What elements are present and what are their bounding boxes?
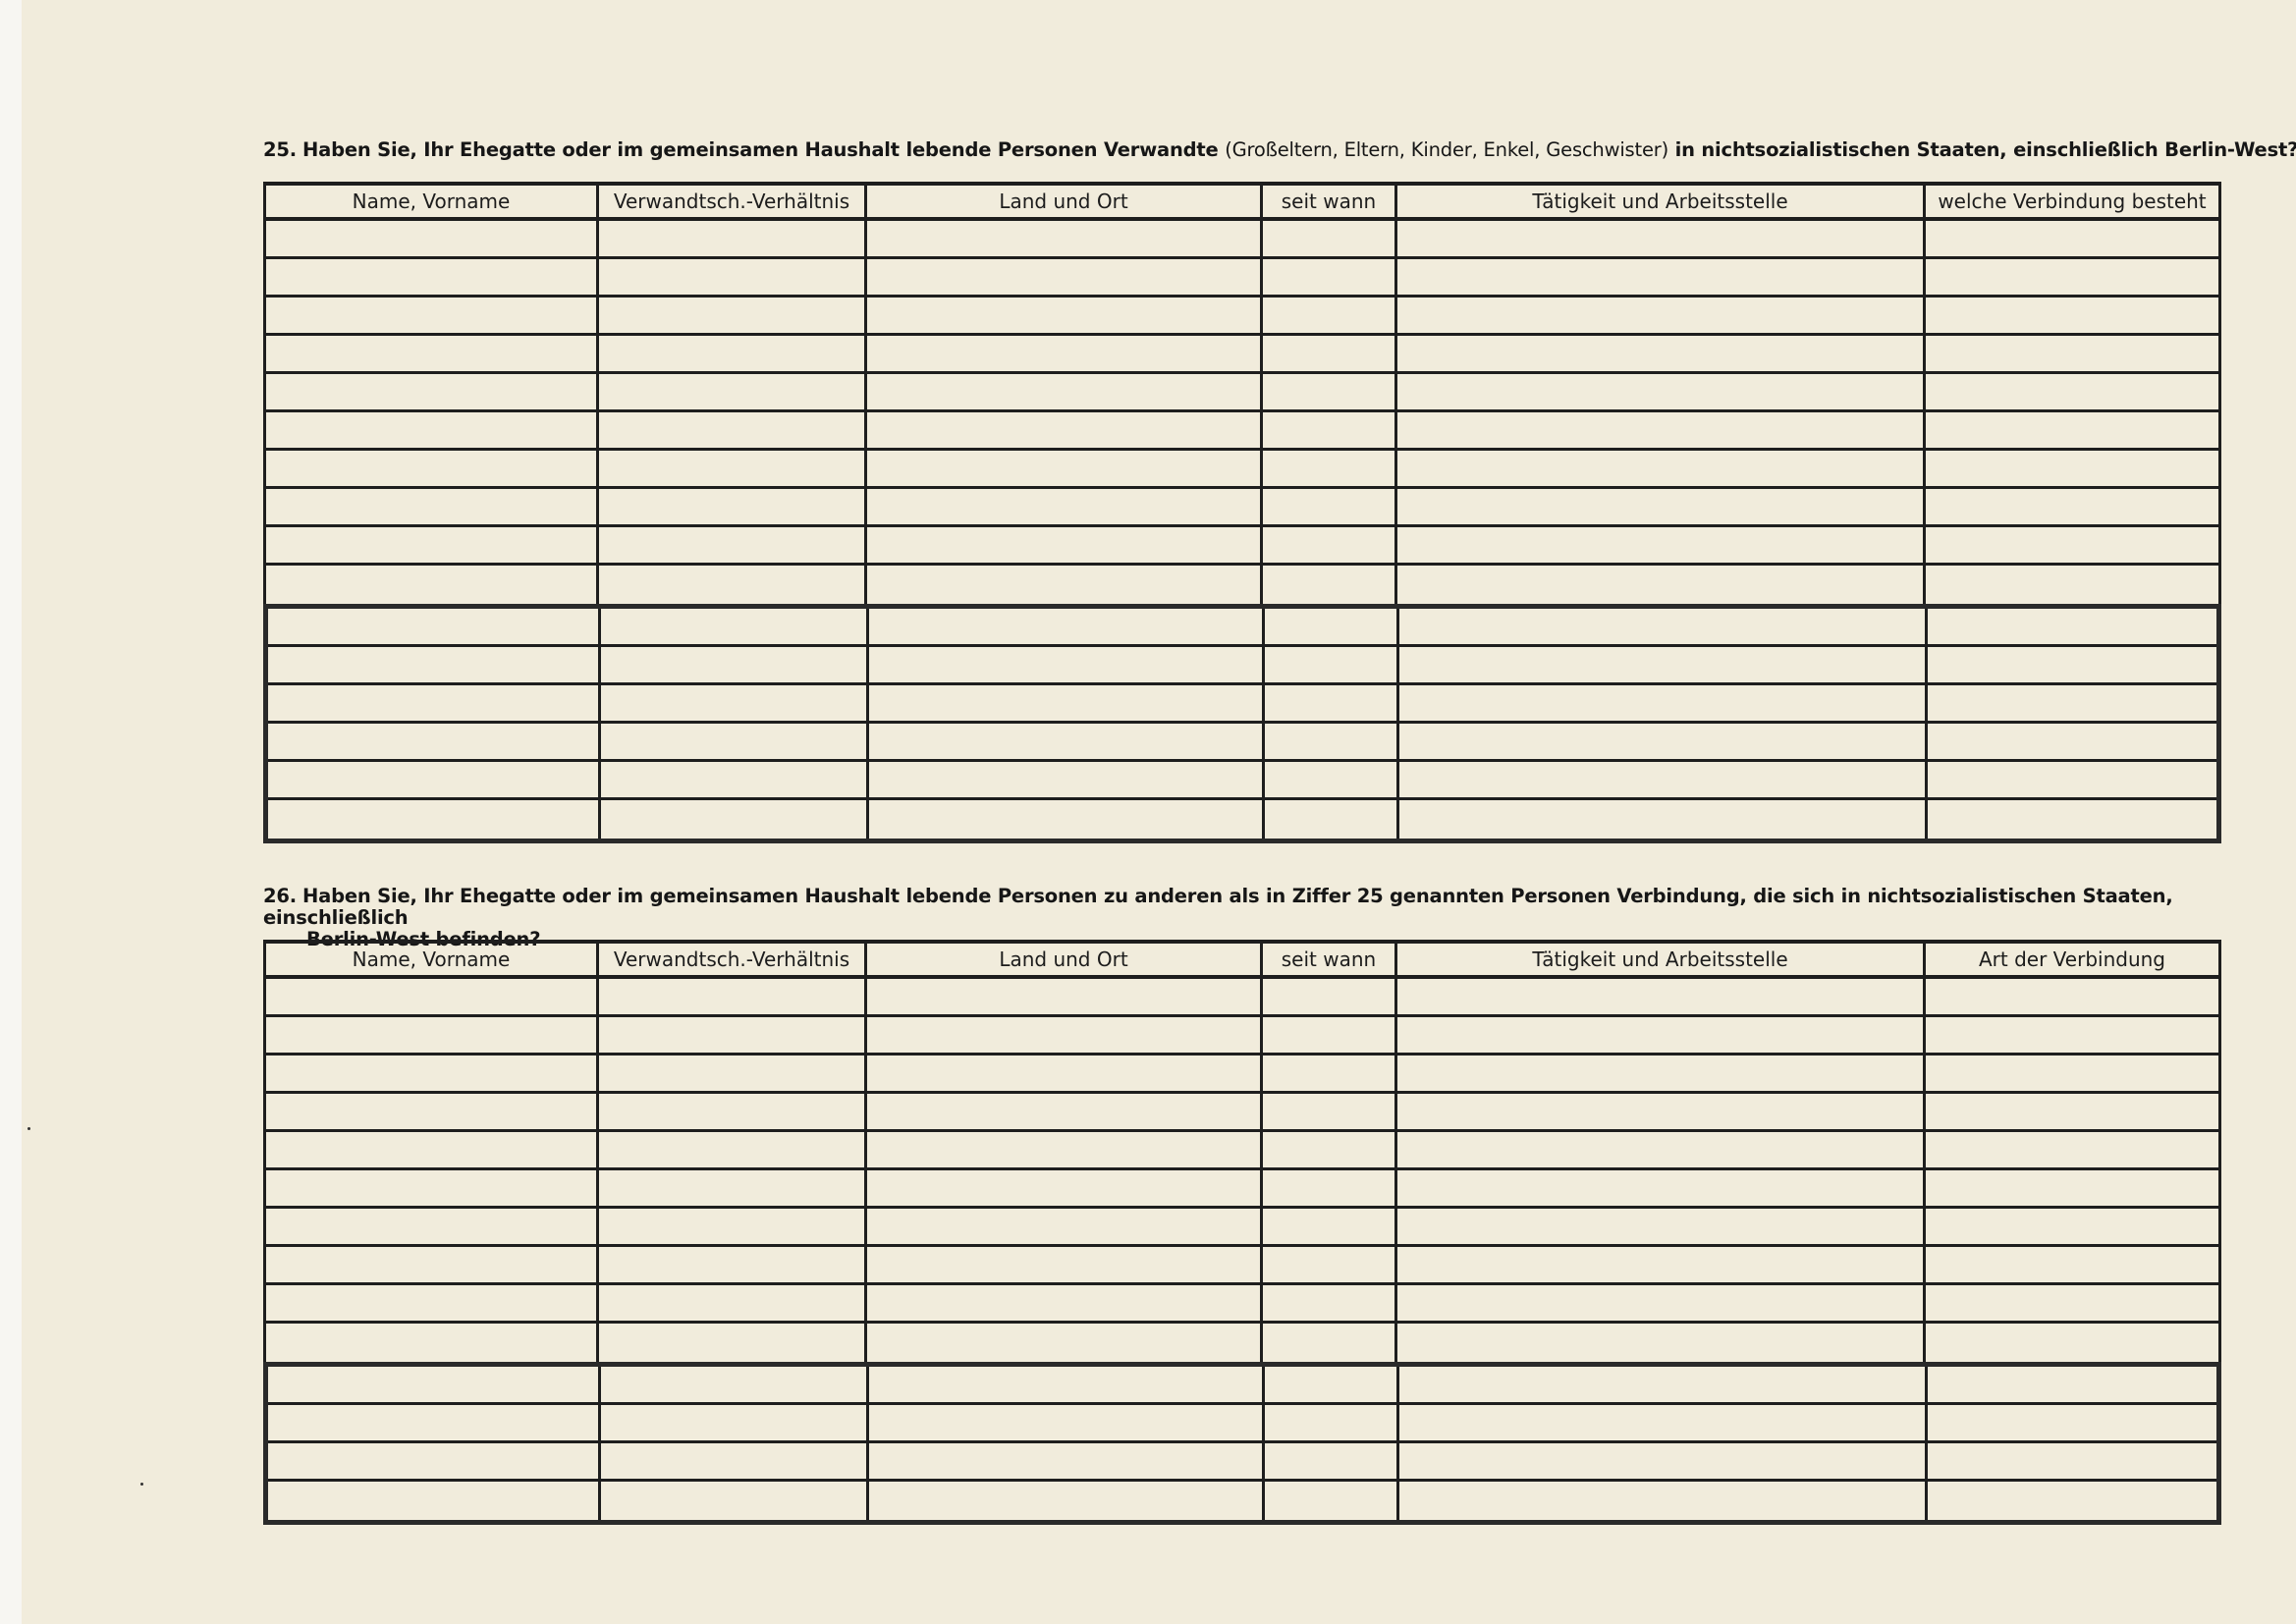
entry-field-relationship[interactable] [599,1247,867,1282]
entry-field-since[interactable] [1265,800,1399,839]
question-text-end: in nichtsozialistischen Staaten, einschl… [1675,138,2296,161]
entry-field-name[interactable] [266,451,599,486]
question-parenthetical: (Großeltern, Eltern, Kinder, Enkel, Gesc… [1225,138,1668,161]
entry-field-relationship[interactable] [599,1285,867,1321]
entry-field-connection[interactable] [1928,1443,2216,1479]
entry-field-connection[interactable] [1926,336,2218,371]
entry-field-country-place[interactable] [867,489,1263,524]
entry-field-occupation[interactable] [1397,1209,1926,1244]
entry-field-name[interactable] [268,724,601,759]
entry-field-name[interactable] [266,374,599,409]
entry-field-since[interactable] [1263,451,1397,486]
entry-field-connection[interactable] [1926,1324,2218,1362]
entry-field-since[interactable] [1265,724,1399,759]
column-header-country-place: Land und Ort [867,186,1263,217]
entry-field-connection[interactable] [1926,298,2218,333]
entry-field-name[interactable] [268,800,601,839]
entry-field-name[interactable] [268,1482,601,1520]
entry-field-occupation[interactable] [1397,1132,1926,1167]
entry-field-country-place[interactable] [869,762,1265,797]
entry-field-country-place[interactable] [867,1017,1263,1053]
entry-field-connection[interactable] [1926,1056,2218,1091]
entry-field-name[interactable] [266,412,599,448]
entry-field-country-place[interactable] [867,1056,1263,1091]
entry-field-occupation[interactable] [1397,412,1926,448]
entry-field-occupation[interactable] [1397,221,1926,256]
scan-speck [27,1127,30,1130]
entry-field-relationship[interactable] [599,374,867,409]
entry-field-name[interactable] [266,1285,599,1321]
table-row [268,609,2216,647]
table-row [268,1367,2216,1405]
entry-field-name[interactable] [266,298,599,333]
entry-field-country-place[interactable] [867,1094,1263,1129]
entry-field-relationship[interactable] [601,1405,869,1440]
entry-field-connection[interactable] [1926,979,2218,1014]
entry-field-occupation[interactable] [1399,1367,1928,1402]
entry-field-relationship[interactable] [599,412,867,448]
entry-field-occupation[interactable] [1397,1056,1926,1091]
entry-field-relationship[interactable] [599,566,867,604]
entry-field-since[interactable] [1265,1482,1399,1520]
entry-field-name[interactable] [268,685,601,721]
entry-field-occupation[interactable] [1399,609,1928,644]
entry-field-country-place[interactable] [869,800,1265,839]
entry-field-occupation[interactable] [1399,762,1928,797]
table-row [268,724,2216,762]
entry-field-since[interactable] [1265,1443,1399,1479]
entry-field-occupation[interactable] [1397,979,1926,1014]
entry-field-occupation[interactable] [1397,1170,1926,1206]
entry-field-name[interactable] [268,1367,601,1402]
entry-field-occupation[interactable] [1397,298,1926,333]
entry-field-country-place[interactable] [867,298,1263,333]
entry-field-since[interactable] [1265,762,1399,797]
entry-field-connection[interactable] [1926,1132,2218,1167]
entry-field-occupation[interactable] [1399,800,1928,839]
column-header-relationship: Verwandtsch.-Verhältnis [599,944,867,975]
entry-field-since[interactable] [1263,1132,1397,1167]
entry-field-occupation[interactable] [1397,1017,1926,1053]
entry-field-name[interactable] [266,1094,599,1129]
entry-field-country-place[interactable] [867,566,1263,604]
entry-block-2 [263,1362,2221,1525]
entry-field-occupation[interactable] [1397,1247,1926,1282]
entry-field-occupation[interactable] [1397,1094,1926,1129]
entry-field-since[interactable] [1263,259,1397,295]
entry-field-connection[interactable] [1926,1285,2218,1321]
entry-field-connection[interactable] [1926,451,2218,486]
entry-field-occupation[interactable] [1397,527,1926,563]
entry-field-since[interactable] [1263,221,1397,256]
entry-field-connection[interactable] [1926,527,2218,563]
table-row [266,566,2218,604]
entry-field-name[interactable] [268,647,601,682]
entry-field-occupation[interactable] [1399,1405,1928,1440]
entry-field-country-place[interactable] [867,1209,1263,1244]
column-header-connection-type: Art der Verbindung [1926,944,2218,975]
entry-field-occupation[interactable] [1397,259,1926,295]
entry-field-country-place[interactable] [869,1443,1265,1479]
table-row [268,1405,2216,1443]
entry-field-relationship[interactable] [599,1170,867,1206]
entry-field-country-place[interactable] [869,1367,1265,1402]
table-row [268,800,2216,839]
column-header-name: Name, Vorname [266,944,599,975]
entry-field-country-place[interactable] [867,412,1263,448]
entry-field-connection[interactable] [1926,566,2218,604]
table-header: Name, Vorname Verwandtsch.-Verhältnis La… [263,940,2221,979]
entry-field-since[interactable] [1265,1405,1399,1440]
entry-field-connection[interactable] [1926,1094,2218,1129]
entry-field-occupation[interactable] [1399,724,1928,759]
entry-field-relationship[interactable] [601,1443,869,1479]
entry-field-name[interactable] [266,1132,599,1167]
entry-field-since[interactable] [1263,1094,1397,1129]
entry-field-name[interactable] [266,527,599,563]
entry-field-name[interactable] [266,1056,599,1091]
entry-field-name[interactable] [266,1017,599,1053]
entry-field-relationship[interactable] [599,451,867,486]
table-row [266,259,2218,298]
entry-field-connection[interactable] [1926,1170,2218,1206]
entry-field-occupation[interactable] [1397,1285,1926,1321]
entry-field-relationship[interactable] [601,1367,869,1402]
entry-field-since[interactable] [1263,1017,1397,1053]
entry-field-relationship[interactable] [601,762,869,797]
table-row [266,1017,2218,1056]
entry-field-country-place[interactable] [869,1405,1265,1440]
entry-field-name[interactable] [268,762,601,797]
entry-field-relationship[interactable] [599,1132,867,1167]
table-row [266,1094,2218,1132]
entry-field-connection[interactable] [1928,724,2216,759]
entry-field-country-place[interactable] [869,647,1265,682]
entry-field-relationship[interactable] [599,259,867,295]
entry-field-name[interactable] [266,979,599,1014]
entry-field-since[interactable] [1263,1247,1397,1282]
entry-field-since[interactable] [1265,685,1399,721]
scan-margin [0,0,22,1624]
column-header-since: seit wann [1263,944,1397,975]
entry-field-relationship[interactable] [599,1324,867,1362]
entry-field-since[interactable] [1263,1285,1397,1321]
entry-field-country-place[interactable] [867,1247,1263,1282]
entry-field-relationship[interactable] [601,647,869,682]
table-row [266,1285,2218,1324]
entry-field-name[interactable] [266,221,599,256]
table-row [266,1132,2218,1170]
entry-field-relationship[interactable] [601,800,869,839]
entry-field-relationship[interactable] [599,336,867,371]
entry-field-relationship[interactable] [599,1209,867,1244]
contacts-table: Name, Vorname Verwandtsch.-Verhältnis La… [263,940,2221,1525]
entry-block-1 [263,221,2221,604]
question-number: 26. [263,886,302,907]
entry-field-country-place[interactable] [867,979,1263,1014]
entry-field-connection[interactable] [1928,609,2216,644]
entry-field-since[interactable] [1263,1324,1397,1362]
entry-field-country-place[interactable] [867,221,1263,256]
entry-field-country-place[interactable] [867,451,1263,486]
entry-field-occupation[interactable] [1399,685,1928,721]
entry-field-country-place[interactable] [867,259,1263,295]
entry-field-occupation[interactable] [1397,374,1926,409]
entry-field-occupation[interactable] [1399,1482,1928,1520]
table-row [268,685,2216,724]
entry-field-country-place[interactable] [867,527,1263,563]
entry-field-country-place[interactable] [869,1482,1265,1520]
entry-field-connection[interactable] [1928,800,2216,839]
entry-field-name[interactable] [266,1247,599,1282]
entry-field-relationship[interactable] [599,1056,867,1091]
table-row [266,1209,2218,1247]
entry-field-connection[interactable] [1928,1405,2216,1440]
entry-field-since[interactable] [1263,1170,1397,1206]
table-row [268,762,2216,800]
table-row [266,451,2218,489]
entry-field-since[interactable] [1263,527,1397,563]
entry-field-name[interactable] [266,1209,599,1244]
entry-field-connection[interactable] [1926,412,2218,448]
entry-field-name[interactable] [266,1324,599,1362]
entry-field-relationship[interactable] [599,489,867,524]
column-header-occupation: Tätigkeit und Arbeitsstelle [1397,944,1926,975]
entry-field-occupation[interactable] [1399,647,1928,682]
entry-field-relationship[interactable] [599,221,867,256]
table-row [266,412,2218,451]
entry-block-2 [263,604,2221,843]
entry-field-relationship[interactable] [599,1017,867,1053]
column-header-connection: welche Verbindung besteht [1926,186,2218,217]
entry-field-since[interactable] [1263,412,1397,448]
question-text: Haben Sie, Ihr Ehegatte oder im gemeinsa… [263,885,2173,929]
entry-field-relationship[interactable] [599,979,867,1014]
entry-field-relationship[interactable] [601,1482,869,1520]
entry-field-connection[interactable] [1926,489,2218,524]
table-row [268,1443,2216,1482]
table-row [266,979,2218,1017]
entry-field-name[interactable] [268,1405,601,1440]
entry-field-relationship[interactable] [601,685,869,721]
entry-field-name[interactable] [266,1170,599,1206]
table-row [268,1482,2216,1520]
entry-field-country-place[interactable] [867,1285,1263,1321]
entry-field-country-place[interactable] [867,374,1263,409]
entry-field-since[interactable] [1263,1056,1397,1091]
table-header: Name, Vorname Verwandtsch.-Verhältnis La… [263,182,2221,221]
entry-field-occupation[interactable] [1399,1443,1928,1479]
entry-field-country-place[interactable] [867,1324,1263,1362]
entry-field-since[interactable] [1265,1367,1399,1402]
entry-field-relationship[interactable] [599,1094,867,1129]
entry-field-name[interactable] [268,609,601,644]
table-row [266,374,2218,412]
entry-field-connection[interactable] [1928,1367,2216,1402]
entry-field-name[interactable] [266,259,599,295]
entry-field-occupation[interactable] [1397,1324,1926,1362]
entry-field-connection[interactable] [1926,221,2218,256]
table-row [268,647,2216,685]
entry-field-occupation[interactable] [1397,451,1926,486]
entry-field-since[interactable] [1263,298,1397,333]
entry-field-since[interactable] [1265,609,1399,644]
entry-field-relationship[interactable] [601,724,869,759]
entry-field-since[interactable] [1263,979,1397,1014]
table-row [266,1056,2218,1094]
table-row [266,527,2218,566]
entry-field-country-place[interactable] [867,1170,1263,1206]
column-header-country-place: Land und Ort [867,944,1263,975]
column-header-relationship: Verwandtsch.-Verhältnis [599,186,867,217]
entry-field-relationship[interactable] [599,298,867,333]
entry-field-since[interactable] [1263,1209,1397,1244]
entry-field-occupation[interactable] [1397,336,1926,371]
entry-field-name[interactable] [266,566,599,604]
entry-field-country-place[interactable] [867,336,1263,371]
question-text: Haben Sie, Ihr Ehegatte oder im gemeinsa… [302,138,1219,161]
relatives-table: Name, Vorname Verwandtsch.-Verhältnis La… [263,182,2221,843]
entry-field-since[interactable] [1263,489,1397,524]
table-row [266,1170,2218,1209]
entry-field-occupation[interactable] [1397,489,1926,524]
entry-field-country-place[interactable] [869,724,1265,759]
table-row [266,489,2218,527]
entry-field-connection[interactable] [1926,1017,2218,1053]
entry-field-country-place[interactable] [869,685,1265,721]
table-row [266,221,2218,259]
entry-field-connection[interactable] [1926,259,2218,295]
entry-field-occupation[interactable] [1397,566,1926,604]
entry-field-name[interactable] [266,336,599,371]
entry-field-relationship[interactable] [599,527,867,563]
entry-field-connection[interactable] [1926,374,2218,409]
entry-field-since[interactable] [1263,374,1397,409]
entry-field-since[interactable] [1263,566,1397,604]
scan-speck [140,1483,143,1486]
table-row [266,1324,2218,1362]
entry-field-connection[interactable] [1928,685,2216,721]
entry-field-connection[interactable] [1928,762,2216,797]
question-25: 25.Haben Sie, Ihr Ehegatte oder im gemei… [263,139,2227,161]
table-row [266,298,2218,336]
question-number: 25. [263,139,302,161]
table-row [266,1247,2218,1285]
entry-field-since[interactable] [1263,336,1397,371]
entry-field-name[interactable] [266,489,599,524]
entry-field-country-place[interactable] [869,609,1265,644]
entry-block-1 [263,979,2221,1362]
entry-field-country-place[interactable] [867,1132,1263,1167]
entry-field-since[interactable] [1265,647,1399,682]
entry-field-connection[interactable] [1926,1247,2218,1282]
entry-field-relationship[interactable] [601,609,869,644]
column-header-name: Name, Vorname [266,186,599,217]
column-header-occupation: Tätigkeit und Arbeitsstelle [1397,186,1926,217]
table-row [266,336,2218,374]
entry-field-connection[interactable] [1928,1482,2216,1520]
entry-field-connection[interactable] [1926,1209,2218,1244]
entry-field-connection[interactable] [1928,647,2216,682]
column-header-since: seit wann [1263,186,1397,217]
entry-field-name[interactable] [268,1443,601,1479]
